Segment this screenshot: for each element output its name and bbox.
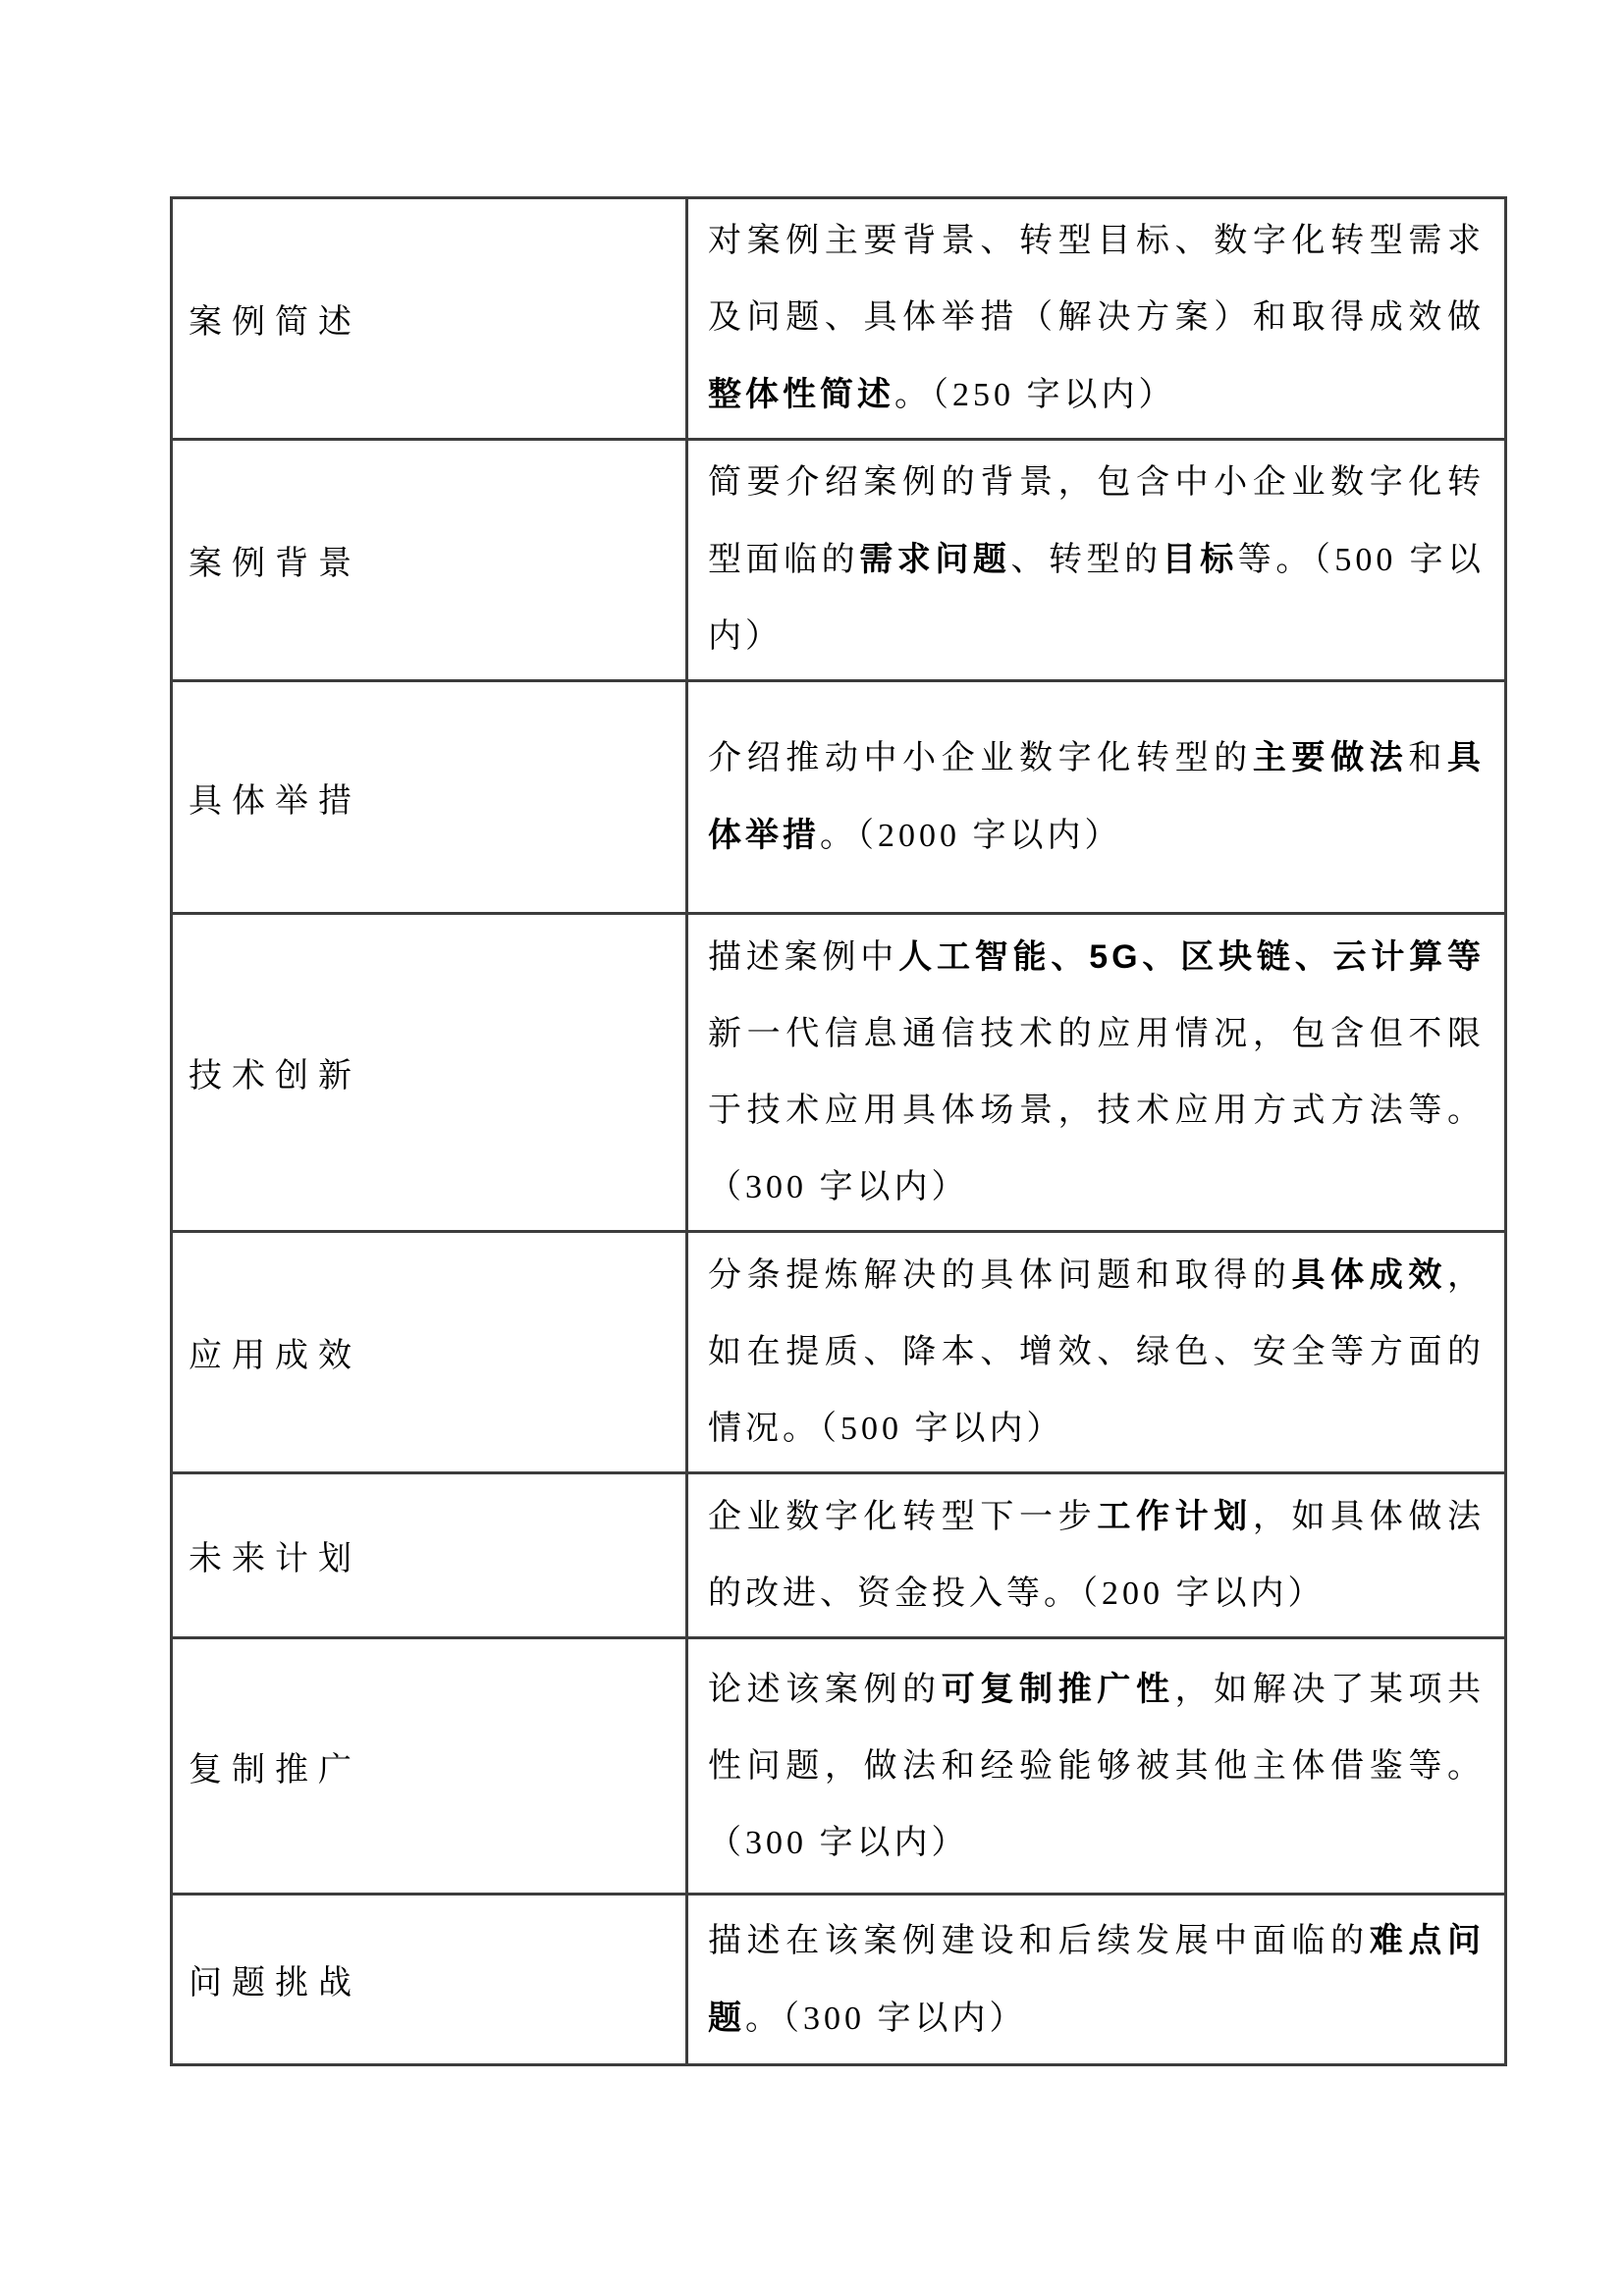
description-text: 介绍推动中小企业数字化转型的 <box>708 740 1253 776</box>
section-label: 问题挑战 <box>189 1965 361 2002</box>
description-emphasis-text: 整体性简述 <box>708 376 894 413</box>
section-description-cell: 描述案例中人工智能、5G、区块链、云计算等新一代信息通信技术的应用情况，包含但不… <box>687 914 1506 1232</box>
section-description-cell: 企业数字化转型下一步工作计划，如具体做法的改进、资金投入等。（200 字以内） <box>687 1473 1506 1638</box>
table-row: 案例简述 对案例主要背景、转型目标、数字化转型需求及问题、具体举措（解决方案）和… <box>172 198 1506 440</box>
table-row: 具体举措 介绍推动中小企业数字化转型的主要做法和具体举措。（2000 字以内） <box>172 681 1506 914</box>
section-label-cell: 问题挑战 <box>172 1895 687 2065</box>
table-row: 应用成效 分条提炼解决的具体问题和取得的具体成效，如在提质、降本、增效、绿色、安… <box>172 1232 1506 1473</box>
section-description-cell: 论述该案例的可复制推广性，如解决了某项共性问题，做法和经验能够被其他主体借鉴等。… <box>687 1638 1506 1895</box>
section-label-cell: 复制推广 <box>172 1638 687 1895</box>
table-row: 未来计划 企业数字化转型下一步工作计划，如具体做法的改进、资金投入等。（200 … <box>172 1473 1506 1638</box>
section-description-cell: 简要介绍案例的背景，包含中小企业数字化转型面临的需求问题、转型的目标等。（500… <box>687 440 1506 681</box>
section-label: 未来计划 <box>189 1541 361 1577</box>
table-rows: 案例简述 对案例主要背景、转型目标、数字化转型需求及问题、具体举措（解决方案）和… <box>172 198 1506 2065</box>
section-label: 案例背景 <box>189 546 361 582</box>
table-row: 问题挑战 描述在该案例建设和后续发展中面临的难点问题。（300 字以内） <box>172 1895 1506 2065</box>
description-text: 描述案例中 <box>708 939 898 976</box>
description-text: 。（250 字以内） <box>894 377 1176 413</box>
description-text: 和 <box>1408 740 1447 776</box>
description-text: 对案例主要背景、转型目标、数字化转型需求及问题、具体举措（解决方案）和取得成效做 <box>708 223 1485 336</box>
section-label-cell: 技术创新 <box>172 914 687 1232</box>
section-description-cell: 描述在该案例建设和后续发展中面临的难点问题。（300 字以内） <box>687 1895 1506 2065</box>
table-row: 案例背景 简要介绍案例的背景，包含中小企业数字化转型面临的需求问题、转型的目标等… <box>172 440 1506 681</box>
table-row: 复制推广 论述该案例的可复制推广性，如解决了某项共性问题，做法和经验能够被其他主… <box>172 1638 1506 1895</box>
description-text: 论述该案例的 <box>708 1672 942 1708</box>
case-template-table: 案例简述 对案例主要背景、转型目标、数字化转型需求及问题、具体举措（解决方案）和… <box>170 196 1507 2066</box>
description-text: 分条提炼解决的具体问题和取得的 <box>708 1257 1291 1294</box>
section-label-cell: 具体举措 <box>172 681 687 914</box>
description-text: 、转型的 <box>1010 542 1162 578</box>
description-text: 描述在该案例建设和后续发展中面临的 <box>708 1923 1370 1959</box>
section-label-cell: 案例简述 <box>172 198 687 440</box>
description-text: 。（2000 字以内） <box>820 818 1122 854</box>
description-text: 企业数字化转型下一步 <box>708 1499 1097 1535</box>
section-label-cell: 应用成效 <box>172 1232 687 1473</box>
section-label: 具体举措 <box>189 783 361 820</box>
description-emphasis-text: 工作计划 <box>1097 1498 1253 1535</box>
section-description-cell: 分条提炼解决的具体问题和取得的具体成效，如在提质、降本、增效、绿色、安全等方面的… <box>687 1232 1506 1473</box>
description-emphasis-text: 需求问题 <box>859 541 1010 578</box>
section-label-cell: 案例背景 <box>172 440 687 681</box>
description-emphasis-text: 目标 <box>1163 541 1238 578</box>
section-label: 应用成效 <box>189 1338 361 1374</box>
section-description-cell: 介绍推动中小企业数字化转型的主要做法和具体举措。（2000 字以内） <box>687 681 1506 914</box>
section-description-cell: 对案例主要背景、转型目标、数字化转型需求及问题、具体举措（解决方案）和取得成效做… <box>687 198 1506 440</box>
table-row: 技术创新 描述案例中人工智能、5G、区块链、云计算等新一代信息通信技术的应用情况… <box>172 914 1506 1232</box>
description-emphasis-text: 可复制推广性 <box>942 1671 1175 1708</box>
description-text: 。（300 字以内） <box>745 2001 1027 2037</box>
section-label-cell: 未来计划 <box>172 1473 687 1638</box>
section-label: 复制推广 <box>189 1752 361 1789</box>
description-text: 新一代信息通信技术的应用情况，包含但不限于技术应用具体场景，技术应用方式方法等。… <box>708 1016 1485 1205</box>
document-page: 案例简述 对案例主要背景、转型目标、数字化转型需求及问题、具体举措（解决方案）和… <box>0 0 1624 2296</box>
description-emphasis-text: 人工智能、5G、区块链、云计算等 <box>898 938 1485 976</box>
description-emphasis-text: 具体成效 <box>1291 1256 1447 1294</box>
section-label: 技术创新 <box>189 1058 361 1095</box>
section-label: 案例简述 <box>189 304 361 341</box>
description-emphasis-text: 主要做法 <box>1253 739 1409 776</box>
